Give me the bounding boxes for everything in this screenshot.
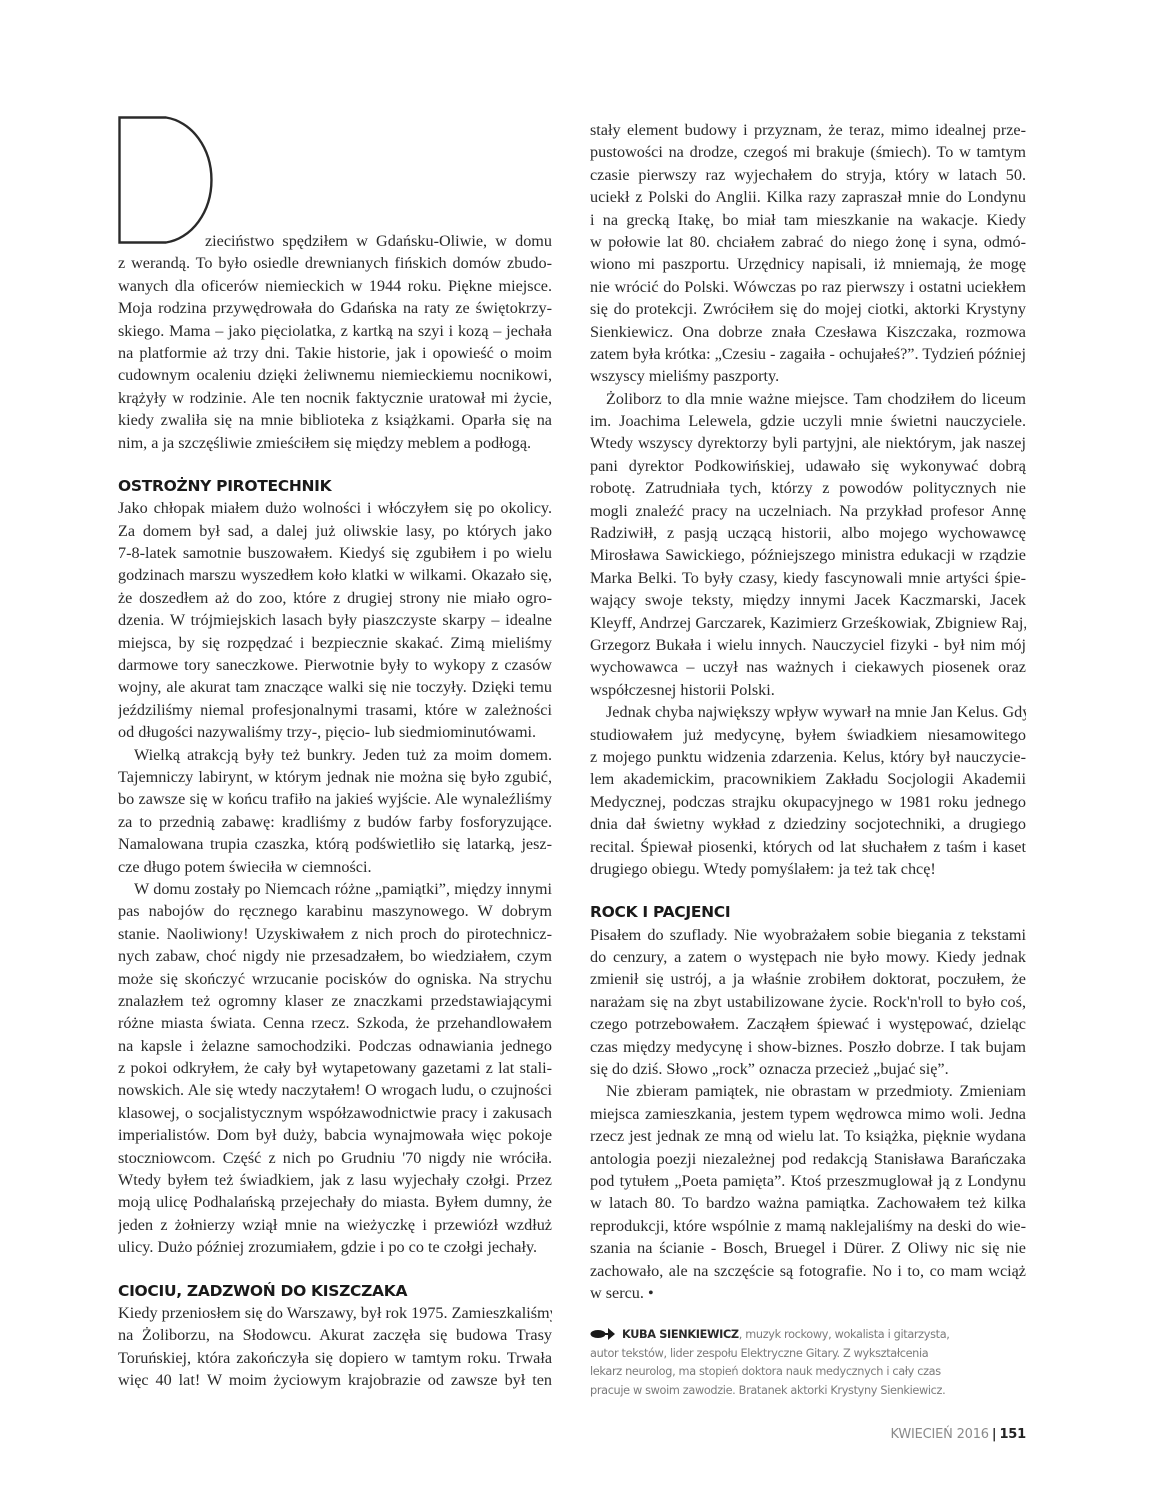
section2-paragraph: Kiedy przeniosłem się do Warszawy, był r… [118, 1302, 552, 1392]
text-line: czego potrzebowałem. Zacząłem śpiewać i … [590, 1013, 1026, 1035]
text-line: czasie pierwszy raz wyjechałem do stryja… [590, 164, 1026, 186]
text-line: wający swoje teksty, między innymi Jacek… [590, 589, 1026, 611]
text-line: nowskich. Ale się wtedy naczytałem! O wr… [118, 1079, 552, 1101]
text-line: za to przednią zabawę: kradliśmy z budów… [118, 811, 552, 833]
text-line: Kiedy przeniosłem się do Warszawy, był r… [118, 1302, 552, 1324]
text-line: narażam się na zbyt ustabilizowane życie… [590, 991, 1026, 1013]
text-line: na kapsle i żelazne samochodziki. Podcza… [118, 1035, 552, 1057]
text-line: że doszedłem aż do zoo, które z drugiej … [118, 587, 552, 609]
text-line: darmowe tory saneczkowe. Pierwotnie były… [118, 654, 552, 676]
text-line: reprodukcji, które wspólnie z mamą nakle… [590, 1215, 1026, 1237]
text-line: Jednak chyba największy wpływ wywarł na … [590, 701, 1026, 723]
text-line: na Żoliborzu, na Słodowcu. Akurat zaczęł… [118, 1324, 552, 1346]
intro-first-line: zieciństwo spędziłem w Gdańsku-Oliwie, w… [205, 230, 552, 252]
text-line: uciekł z Polski do Anglii. Kilka razy za… [590, 186, 1026, 208]
text-line: W domu zostały po Niemcach różne „pamiąt… [118, 878, 552, 900]
intro-paragraph: z werandą. To było osiedle drewnianych f… [118, 252, 552, 454]
left-column: zieciństwo spędziłem w Gdańsku-Oliwie, w… [118, 116, 552, 1392]
section1-paragraph-3: W domu zostały po Niemcach różne „pamiąt… [118, 878, 552, 1259]
section1-paragraph-2: Wielką atrakcją były też bunkry. Jeden t… [118, 744, 552, 878]
text-line: na platformie aż trzy dni. Takie histori… [118, 342, 552, 364]
text-line: bo zawsze się w końcu trafiło na jakieś … [118, 788, 552, 810]
text-line: stanie. Naoliwiony! Uzyskiwałem z nich p… [118, 923, 552, 945]
text-line: pas nabojów do ręcznego karabinu maszyno… [118, 900, 552, 922]
text-line: Kleyff, Andrzej Garczarek, Kazimierz Grz… [590, 612, 1026, 634]
text-line: skiego. Mama – jako pięciolatka, z kartk… [118, 320, 552, 342]
text-line: Radziwiłł, z pasją uczącą historii, albo… [590, 522, 1026, 544]
text-line: studiowałem już medycynę, byłem świadkie… [590, 724, 1026, 746]
text-line: godzinach marszu wyszedłem koło klatki w… [118, 564, 552, 586]
text-line: zatem była krótka: „Czesiu - zagaiła - o… [590, 343, 1026, 365]
text-line: czas między medycynę i show-biznes. Posz… [590, 1036, 1026, 1058]
text-line: może się skończyć wrzucanie pocisków do … [118, 968, 552, 990]
text-line: Marka Belki. To były czasy, kiedy fascyn… [590, 567, 1026, 589]
page-number: 151 [999, 1427, 1026, 1442]
text-line: nie wrócić do Polski. Wówczas po raz pie… [590, 276, 1026, 298]
text-line: krążyły w rodzinie. Ale ten nocnik fakty… [118, 387, 552, 409]
text-line: Nie zbieram pamiątek, nie obrastam w prz… [590, 1080, 1026, 1102]
text-line: dnia dał świetny wykład z dziedziny socj… [590, 813, 1026, 835]
text-line: pustowości na drodze, czegoś mi brakuje … [590, 141, 1026, 163]
text-line: Żoliborz to dla mnie ważne miejsce. Tam … [590, 388, 1026, 410]
continuation-paragraph-3: Jednak chyba największy wpływ wywarł na … [590, 701, 1026, 880]
section1-paragraph-1: Jako chłopak miałem dużo wolności i włóc… [118, 497, 552, 743]
text-line: miejsca zamieszkania, jestem typem wędro… [590, 1103, 1026, 1125]
bio-line: pracuje w swoim zawodzie. Bratanek aktor… [590, 1382, 1010, 1401]
bio-line: lekarz neurolog, ma stopień doktora nauk… [590, 1363, 1010, 1382]
text-line: drugiego obiegu. Wtedy pomyślałem: ja te… [590, 858, 1026, 880]
text-line: się do dziś. Słowo „rock” oznacza przeci… [590, 1058, 1026, 1080]
text-line: cudownym ocaleniu dzięki żeliwnemu niemi… [118, 364, 552, 386]
text-line: od długości nazywaliśmy trzy-, pięcio- l… [118, 721, 552, 743]
text-line: lem akademickim, pracownikiem Zakładu So… [590, 768, 1026, 790]
bio-line: autor tekstów, lider zespołu Elektryczne… [590, 1345, 1010, 1364]
text-line: pod tytułem „Poeta pamięta”. Ktoś przesz… [590, 1170, 1026, 1192]
text-line: wanych dla oficerów niemieckich w 1944 r… [118, 275, 552, 297]
text-line: imperialistów. Dom był duży, babcia wyna… [118, 1124, 552, 1146]
text-line: z pokoi odkryłem, że cały był wytapetowa… [118, 1057, 552, 1079]
text-line: rzecz jest jednak ze mną od wielu lat. T… [590, 1125, 1026, 1147]
text-line: jeden z żołnierzy wziął mnie na wieżyczk… [118, 1214, 552, 1236]
issue-date: KWIECIEŃ 2016 [890, 1427, 988, 1442]
text-line: współczesnej historii Polski. [590, 679, 1026, 701]
dropcap-d-icon [118, 116, 220, 244]
text-line: robotę. Zatrudniała tych, którzy z powod… [590, 477, 1026, 499]
text-line: Wtedy byłem też świadkiem, jak z lasu wy… [118, 1169, 552, 1191]
author-bio: KUBA SIENKIEWICZ, muzyk rockowy, wokalis… [590, 1326, 1010, 1400]
text-line: ulicy. Dużo później zrozumiałem, gdzie i… [118, 1236, 552, 1258]
text-line: dzenia. W trójmiejskich lasach były pias… [118, 609, 552, 631]
text-line: cze długo potem świeciła w ciemności. [118, 856, 552, 878]
text-line: w sercu. • [590, 1282, 1026, 1304]
text-line: nim, a ja szczęśliwie zmieściłem się mię… [118, 432, 552, 454]
text-line: Namalowana trupia czaszka, którą podświe… [118, 833, 552, 855]
intro-dropcap-block [118, 116, 552, 244]
text-line: w połowie lat 80. chciałem zabrać do nie… [590, 231, 1026, 253]
text-line: Grzegorz Bukała i wielu innych. Nauczyci… [590, 634, 1026, 656]
text-line: Mirosława Sawickiego, późniejszego minis… [590, 544, 1026, 566]
intro-first-line-row: zieciństwo spędziłem w Gdańsku-Oliwie, w… [118, 244, 552, 266]
text-line: mogli znaleźć pracy na uczelniach. Na pr… [590, 500, 1026, 522]
author-name: KUBA SIENKIEWICZ [622, 1328, 739, 1341]
text-line: z mojego punktu widzenia zdarzenia. Kelu… [590, 746, 1026, 768]
text-line: i na grecką Itakę, bo miał tam mieszkani… [590, 209, 1026, 231]
text-line: więc 40 lat! W moim życiowym krajobrazie… [118, 1369, 552, 1391]
text-line: Jako chłopak miałem dużo wolności i włóc… [118, 497, 552, 519]
continuation-paragraph-2: Żoliborz to dla mnie ważne miejsce. Tam … [590, 388, 1026, 701]
text-line: różne miasta świata. Cenna rzecz. Szkoda… [118, 1012, 552, 1034]
text-line: stoczniowcom. Część z nich po Grudniu '7… [118, 1147, 552, 1169]
text-line: Sienkiewicz. Ona dobrze znała Czesława K… [590, 321, 1026, 343]
text-line: Moja rodzina przywędrowała do Gdańska na… [118, 297, 552, 319]
text-line: kiedy zwaliła się na mnie biblioteka z k… [118, 409, 552, 431]
section-heading: OSTROŻNY PIROTECHNIK [118, 475, 552, 497]
folio-separator: | [992, 1427, 997, 1442]
text-line: Wtedy wszyscy dyrektorzy byli partyjni, … [590, 432, 1026, 454]
section3-paragraph-1: Pisałem do szuflady. Nie wyobrażałem sob… [590, 924, 1026, 1081]
text-line: Tajemniczy labirynt, w którym jednak nie… [118, 766, 552, 788]
text-line: antologia poezji niezależnej pod redakcj… [590, 1148, 1026, 1170]
right-column: stały element budowy i przyznam, że tera… [590, 119, 1026, 1304]
bio-text: , muzyk rockowy, wokalista i gitarzysta, [739, 1328, 950, 1341]
text-line: Za domem był sad, a dalej już oliwskie l… [118, 520, 552, 542]
text-line: zachowało, ale na szczęście są fotografi… [590, 1260, 1026, 1282]
arrow-right-icon [590, 1328, 616, 1340]
text-line: Medycznej, podczas strajku okupacyjnego … [590, 791, 1026, 813]
text-line: recital. Śpiewał piosenki, których od la… [590, 836, 1026, 858]
text-line: jeździliśmy niemal profesjonalnymi trasa… [118, 699, 552, 721]
page-folio: KWIECIEŃ 2016|151 [890, 1427, 1026, 1442]
text-line: 7-8-latek samotnie buszowałem. Kiedyś si… [118, 542, 552, 564]
text-line: im. Joachima Lelewela, gdzie uczyli mnie… [590, 410, 1026, 432]
section-heading: ROCK I PACJENCI [590, 901, 1026, 923]
text-line: w latach 80. To bardzo ważna pamiątka. Z… [590, 1192, 1026, 1214]
bio-line: KUBA SIENKIEWICZ, muzyk rockowy, wokalis… [590, 1326, 1010, 1345]
section3-paragraph-2: Nie zbieram pamiątek, nie obrastam w prz… [590, 1080, 1026, 1304]
text-line: miejsca, by się rozpędzać i bezpiecznie … [118, 632, 552, 654]
text-line: Toruńskiej, która zakończyła się dopiero… [118, 1347, 552, 1369]
text-line: do cenzury, a zatem o występach nie było… [590, 946, 1026, 968]
text-line: nych zabaw, choć nigdy nie przesadzałem,… [118, 945, 552, 967]
text-line: klasowej, o socjalistycznym współzawodni… [118, 1102, 552, 1124]
text-line: wiono mi paszportu. Urzędnicy napisali, … [590, 253, 1026, 275]
text-line: znalazłem też ogromny klaser ze znaczkam… [118, 990, 552, 1012]
magazine-page: zieciństwo spędziłem w Gdańsku-Oliwie, w… [0, 0, 1152, 1504]
continuation-paragraph-1: stały element budowy i przyznam, że tera… [590, 119, 1026, 388]
text-line: się do protekcji. Zwróciłem się do mojej… [590, 298, 1026, 320]
text-line: szania na ścianie - Bosch, Bruegel i Dür… [590, 1237, 1026, 1259]
text-line: moją ulicę Podhalańską przejechały do mi… [118, 1191, 552, 1213]
text-line: wszyscy mieliśmy paszporty. [590, 365, 1026, 387]
text-line: stały element budowy i przyznam, że tera… [590, 119, 1026, 141]
text-line: wojny, ale akurat tam znaczące walki się… [118, 676, 552, 698]
text-line: Wielką atrakcją były też bunkry. Jeden t… [118, 744, 552, 766]
text-line: Pisałem do szuflady. Nie wyobrażałem sob… [590, 924, 1026, 946]
section-heading: CIOCIU, ZADZWOŃ DO KISZCZAKA [118, 1280, 552, 1302]
text-line: pani dyrektor Podkowińskiej, udawało się… [590, 455, 1026, 477]
text-line: zmienił się ustrój, a ja właśnie zrobiłe… [590, 968, 1026, 990]
text-line: wychowawca – uczył nas ważnych i ciekawy… [590, 656, 1026, 678]
